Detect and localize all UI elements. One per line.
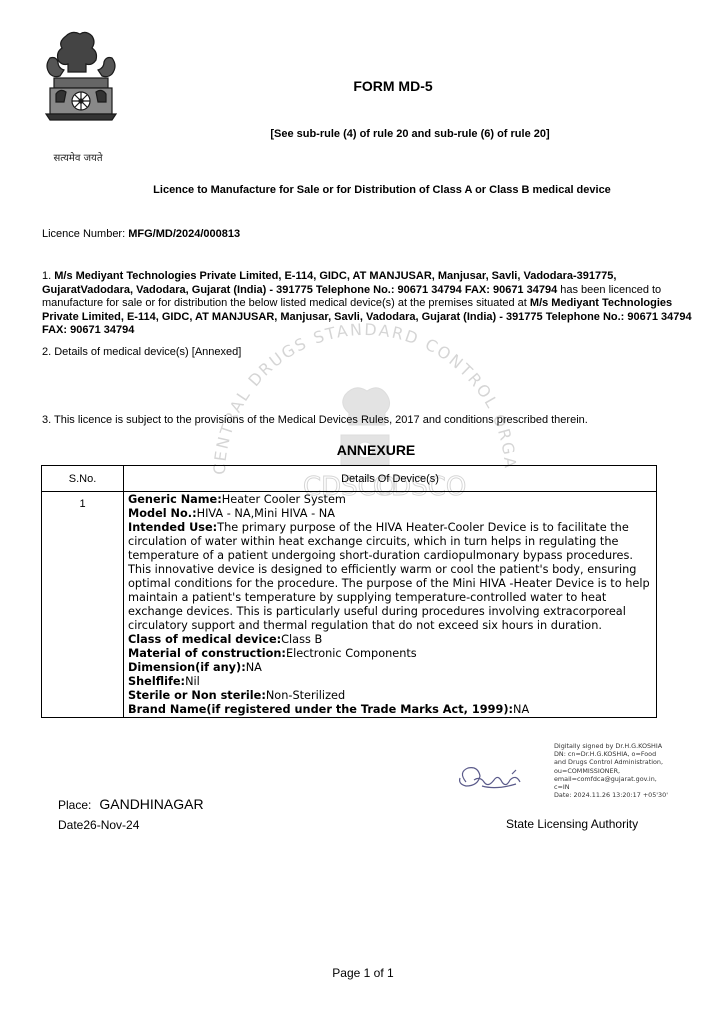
device-field-label: Intended Use:: [128, 521, 217, 534]
device-field-label: Dimension(if any):: [128, 661, 246, 674]
device-field-value: NA: [513, 703, 529, 716]
device-field-value: Non-Sterilized: [266, 689, 345, 702]
device-field: Generic Name:Heater Cooler System: [128, 493, 656, 507]
device-field-label: Generic Name:: [128, 493, 222, 506]
device-field-label: Material of construction:: [128, 647, 286, 660]
signature-line: c=IN: [554, 783, 694, 791]
device-field: Brand Name(if registered under the Trade…: [128, 703, 656, 717]
licence-number-value: MFG/MD/2024/000813: [128, 228, 240, 240]
device-field: Class of medical device:Class B: [128, 633, 656, 647]
licence-number: Licence Number: MFG/MD/2024/000813: [42, 228, 240, 240]
device-details-paragraph: 2. Details of medical device(s) [Annexed…: [42, 346, 241, 358]
device-field-value: Heater Cooler System: [222, 493, 346, 506]
form-title: FORM MD-5: [0, 78, 724, 94]
page-number: Page 1 of 1: [0, 966, 724, 980]
device-field: Material of construction:Electronic Comp…: [128, 647, 656, 661]
licensee-name-address: M/s Mediyant Technologies Private Limite…: [42, 270, 616, 296]
device-field: Shelflife:Nil: [128, 675, 656, 689]
signature-line: Date: 2024.11.26 13:20:17 +05'30': [554, 791, 694, 799]
digital-signature-block: Digitally signed by Dr.H.G.KOSHIADN: cn=…: [452, 742, 692, 812]
signature-line: ou=COMMISSIONER,: [554, 767, 694, 775]
device-field: Sterile or Non sterile:Non-Sterilized: [128, 689, 656, 703]
signature-line: DN: cn=Dr.H.G.KOSHIA, o=Food: [554, 750, 694, 758]
licensee-paragraph: 1. M/s Mediyant Technologies Private Lim…: [42, 270, 692, 338]
device-field: Model No.:HIVA - NA,Mini HIVA - NA: [128, 507, 656, 521]
licence-heading: Licence to Manufacture for Sale or for D…: [0, 184, 724, 196]
licensing-authority: State Licensing Authority: [506, 817, 638, 831]
licence-number-label: Licence Number:: [42, 228, 128, 240]
row-sno: 1: [42, 492, 124, 718]
device-field: Intended Use:The primary purpose of the …: [128, 521, 656, 633]
device-field-value: Class B: [281, 633, 322, 646]
device-field-label: Shelflife:: [128, 675, 185, 688]
annexure-table: S.No. Details Of Device(s) 1Generic Name…: [41, 465, 657, 718]
date-value: 26-Nov-24: [83, 818, 139, 832]
annexure-title: ANNEXURE: [0, 442, 724, 458]
device-field: Dimension(if any):NA: [128, 661, 656, 675]
device-field-value: The primary purpose of the HIVA Heater-C…: [128, 521, 650, 632]
device-field-label: Class of medical device:: [128, 633, 281, 646]
table-row: 1Generic Name:Heater Cooler SystemModel …: [42, 492, 657, 718]
device-field-label: Sterile or Non sterile:: [128, 689, 266, 702]
date-label: Date: [58, 818, 83, 832]
licence-conditions-paragraph: 3. This licence is subject to the provis…: [42, 414, 588, 426]
place-value: GANDHINAGAR: [99, 796, 203, 812]
device-field-label: Model No.:: [128, 507, 197, 520]
emblem-motto: सत्यमेव जयते: [28, 150, 128, 164]
place: Place:GANDHINAGAR: [58, 796, 204, 812]
signature-line: and Drugs Control Administration,: [554, 758, 694, 766]
signature-line: Digitally signed by Dr.H.G.KOSHIA: [554, 742, 694, 750]
device-field-value: Electronic Components: [286, 647, 417, 660]
device-field-label: Brand Name(if registered under the Trade…: [128, 703, 513, 716]
column-header-sno: S.No.: [42, 466, 124, 492]
signature-line: email=comfdca@gujarat.gov.in,: [554, 775, 694, 783]
digital-signature-details: Digitally signed by Dr.H.G.KOSHIADN: cn=…: [554, 742, 694, 799]
device-field-value: Nil: [185, 675, 200, 688]
date: Date26-Nov-24: [58, 818, 139, 832]
para1-number: 1.: [42, 270, 54, 282]
place-label: Place:: [58, 798, 91, 812]
signature-scribble-icon: [452, 760, 538, 800]
sub-rule-reference: [See sub-rule (4) of rule 20 and sub-rul…: [0, 128, 724, 140]
row-details: Generic Name:Heater Cooler SystemModel N…: [124, 492, 657, 718]
column-header-details: Details Of Device(s): [124, 466, 657, 492]
device-field-value: NA: [246, 661, 262, 674]
device-field-value: HIVA - NA,Mini HIVA - NA: [197, 507, 335, 520]
